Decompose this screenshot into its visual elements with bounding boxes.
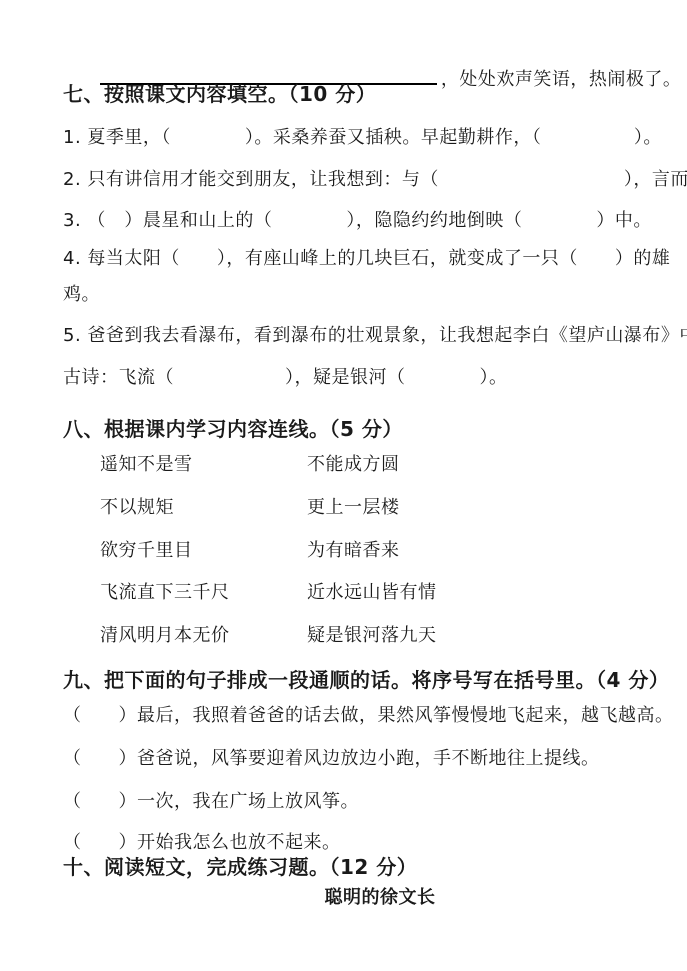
sentence-tail-text: ，处处欢声笑语，热闹极了。 <box>441 69 682 90</box>
match-right-1: 不能成方圆 <box>307 453 400 477</box>
match-left-1: 遥知不是雪 <box>100 453 193 477</box>
section8-heading: 八、根据课内学习内容连线。（5 分） <box>63 417 403 441</box>
match-right-5: 疑是银河落九天 <box>307 624 437 648</box>
section9-heading: 九、把下面的句子排成一段通顺的话。将序号写在括号里。（4 分） <box>63 668 669 692</box>
match-left-5: 清风明月本无价 <box>100 624 230 648</box>
section9-sentence-4: （ ）开始我怎么也放不起来。 <box>63 831 341 855</box>
section7-question-5-line1: 5. 爸爸到我去看瀑布，看到瀑布的壮观景象，让我想起李白《望庐山瀑布》中 <box>63 324 687 348</box>
passage-title: 聪明的徐文长 <box>100 886 660 910</box>
section9-sentence-3: （ ）一次，我在广场上放风筝。 <box>63 790 359 814</box>
section7-heading: 七、按照课文内容填空。（10 分） <box>63 82 376 106</box>
match-right-3: 为有暗香来 <box>307 539 400 563</box>
section7-question-4-line2: 鸡。 <box>63 283 100 307</box>
test-paper-page: ，处处欢声笑语，热闹极了。 七、按照课文内容填空。（10 分） 1. 夏季里，（… <box>0 0 687 971</box>
section7-question-2: 2. 只有讲信用才能交到朋友，让我想到：与（ ），言而有信。 <box>63 168 687 192</box>
match-left-3: 欲穷千里目 <box>100 539 193 563</box>
section9-sentence-2: （ ）爸爸说，风筝要迎着风边放边小跑，手不断地往上提线。 <box>63 747 600 771</box>
section7-question-4-line1: 4. 每当太阳（ ），有座山峰上的几块巨石，就变成了一只（ ）的雄 <box>63 247 670 271</box>
section7-question-5-line2: 古诗：飞流（ ），疑是银河（ ）。 <box>63 366 508 390</box>
match-left-4: 飞流直下三千尺 <box>100 581 230 605</box>
match-right-4: 近水远山皆有情 <box>307 581 437 605</box>
match-right-2: 更上一层楼 <box>307 496 400 520</box>
section10-heading: 十、阅读短文，完成练习题。（12 分） <box>63 855 417 879</box>
match-left-2: 不以规矩 <box>100 496 174 520</box>
section9-sentence-1: （ ）最后，我照着爸爸的话去做，果然风筝慢慢地飞起来，越飞越高。 <box>63 704 674 728</box>
section7-question-1: 1. 夏季里，（ ）。采桑养蚕又插秧。早起勤耕作，（ ）。 <box>63 126 662 150</box>
section7-question-3: 3. （ ）晨星和山上的（ ），隐隐约约地倒映（ ）中。 <box>63 209 652 233</box>
